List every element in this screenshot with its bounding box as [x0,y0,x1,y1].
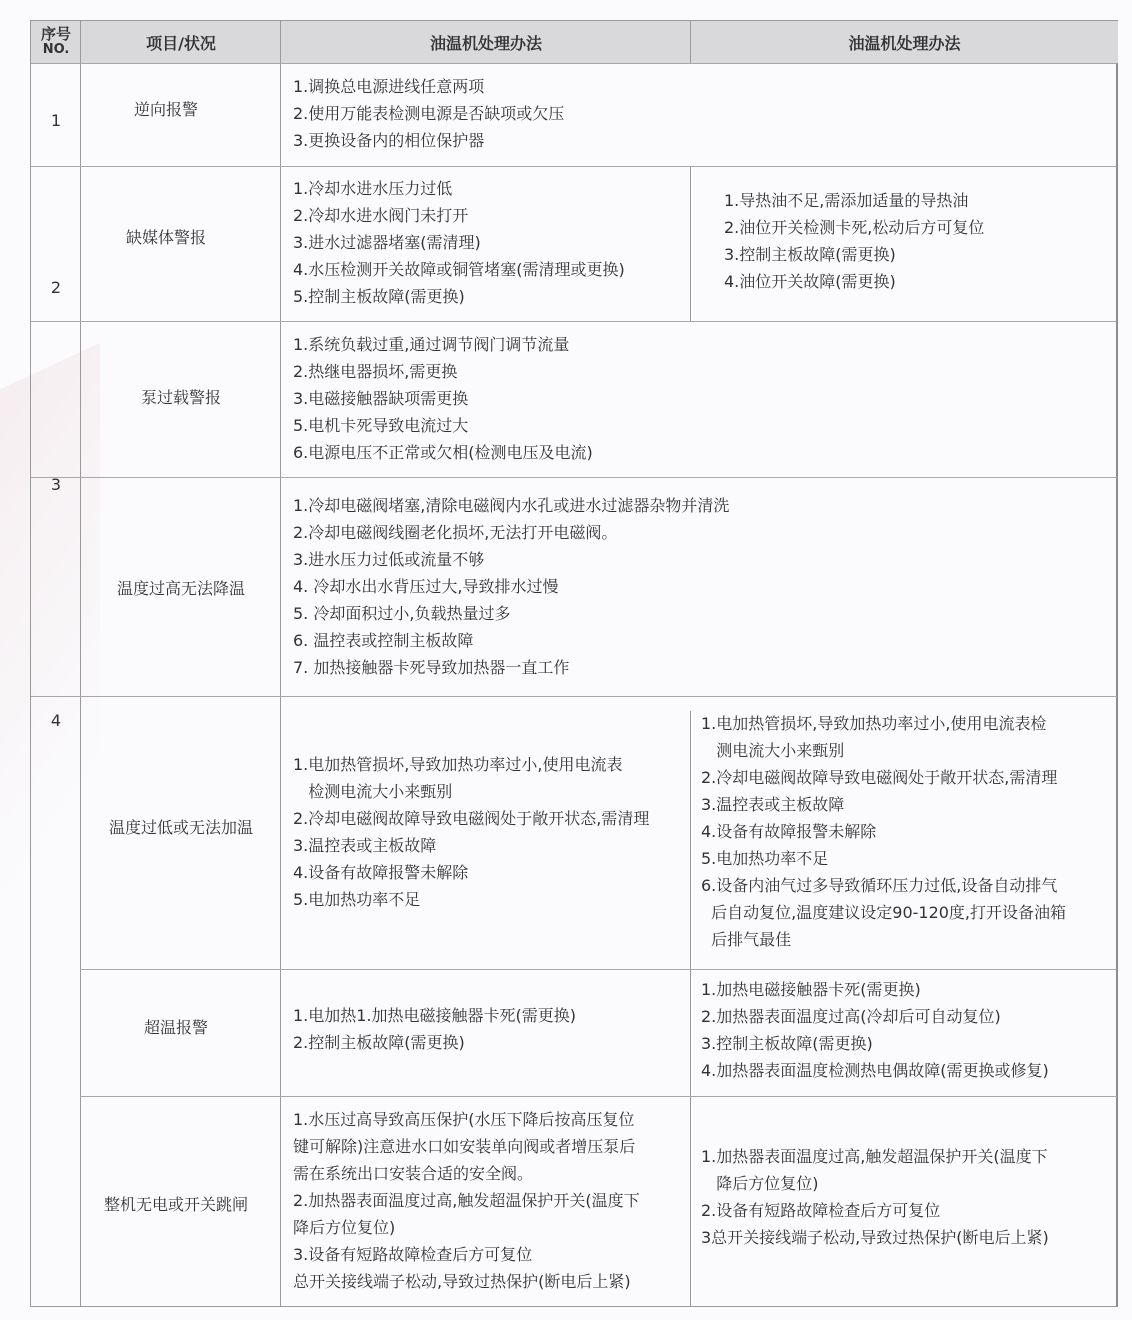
row-1-item: 逆向报警 [81,63,251,153]
method-line: 需在系统出口安装合适的安全阀。 [293,1160,640,1187]
header-no: 序号 NO. [31,21,81,63]
row-3-no: 3 [31,475,81,494]
method-line: 5.电加热功率不足 [701,845,1066,872]
method-line: 1.调换总电源进线任意两项 [293,73,564,100]
header-method-1: 油温机处理办法 [281,21,691,63]
method-line: 后自动复位,温度建议设定90-120度,打开设备油箱 [701,899,1066,926]
row-4b-item: 超温报警 [81,969,271,1084]
method-line: 检测电流大小来甄别 [293,778,649,805]
row-3b-methods: 1.冷却电磁阀堵塞,清除电磁阀内水孔或进水过滤器杂物并清洗 2.冷却电磁阀线圈老… [293,492,729,681]
method-line: 3.设备有短路故障检查后方可复位 [293,1241,640,1268]
method-line: 2.热继电器损坏,需更换 [293,358,593,385]
divider-method-row4 [690,711,691,1307]
method-line: 3.电磁接触器缺项需更换 [293,385,593,412]
method-line: 4.油位开关故障(需更换) [724,268,984,295]
method-line: 3.控制主板故障(需更换) [724,241,984,268]
method-line: 1.电加热1.加热电磁接触器卡死(需更换) [293,1002,576,1029]
method-line: 6.设备内油气过多导致循环压力过低,设备自动排气 [701,872,1066,899]
row-2-item: 缺媒体警报 [81,166,251,306]
method-line: 5.控制主板故障(需更换) [293,283,625,310]
header-no-label: 序号 [41,27,71,42]
method-line: 3.温控表或主板故障 [701,791,1066,818]
row-4b-methods-left: 1.电加热1.加热电磁接触器卡死(需更换) 2.控制主板故障(需更换) [293,1002,576,1056]
row-4c-item: 整机无电或开关跳闸 [81,1096,271,1311]
row-4a-methods-left: 1.电加热管损坏,导致加热功率过小,使用电流表 检测电流大小来甄别 2.冷却电磁… [293,751,649,913]
row-2-methods-left: 1.冷却水进水压力过低 2.冷却水进水阀门未打开 3.进水过滤器堵塞(需清理) … [293,175,625,310]
method-line: 6.电源电压不正常或欠相(检测电压及电流) [293,439,593,466]
row-1-methods: 1.调换总电源进线任意两项 2.使用万能表检测电源是否缺项或欠压 3.更换设备内… [293,73,564,154]
method-line: 3.控制主板故障(需更换) [701,1030,1049,1057]
method-line: 2.控制主板故障(需更换) [293,1029,576,1056]
method-line: 3.温控表或主板故障 [293,832,649,859]
method-line: 4.加热器表面温度检测热电偶故障(需更换或修复) [701,1057,1049,1084]
method-line: 1.冷却水进水压力过低 [293,175,625,202]
method-line: 2.冷却水进水阀门未打开 [293,202,625,229]
method-line: 1.冷却电磁阀堵塞,清除电磁阀内水孔或进水过滤器杂物并清洗 [293,492,729,519]
row-3a-methods: 1.系统负载过重,通过调节阀门调节流量 2.热继电器损坏,需更换 3.电磁接触器… [293,331,593,466]
method-line: 2.加热器表面温度过高(冷却后可自动复位) [701,1003,1049,1030]
method-line: 1.电加热管损坏,导致加热功率过小,使用电流表 [293,751,649,778]
method-line: 2.设备有短路故障检查后方可复位 [701,1197,1049,1224]
method-line: 降后方位复位) [293,1214,640,1241]
method-line: 2.加热器表面温度过高,触发超温保护开关(温度下 [293,1187,640,1214]
row-4c-methods-right: 1.加热器表面温度过高,触发超温保护开关(温度下 降后方位复位) 2.设备有短路… [701,1143,1049,1251]
method-line: 1.加热器表面温度过高,触发超温保护开关(温度下 [701,1143,1049,1170]
method-line: 测电流大小来甄别 [701,737,1066,764]
method-line: 2.油位开关检测卡死,松动后方可复位 [724,214,984,241]
method-line: 3总开关接线端子松动,导致过热保护(断电后上紧) [701,1224,1049,1251]
method-line: 2.冷却电磁阀线圈老化损坏,无法打开电磁阀。 [293,519,729,546]
method-line: 5. 冷却面积过小,负载热量过多 [293,600,729,627]
method-line: 2.冷却电磁阀故障导致电磁阀处于敞开状态,需清理 [701,764,1066,791]
row-1-no: 1 [31,111,81,130]
row-2-methods-right: 1.导热油不足,需添加适量的导热油 2.油位开关检测卡死,松动后方可复位 3.控… [724,187,984,295]
method-line: 降后方位复位) [701,1170,1049,1197]
header-no-label-en: NO. [41,42,71,57]
method-line: 3.进水过滤器堵塞(需清理) [293,229,625,256]
method-line: 2.冷却电磁阀故障导致电磁阀处于敞开状态,需清理 [293,805,649,832]
method-line: 6. 温控表或控制主板故障 [293,627,729,654]
divider-row3b-no [31,696,81,697]
row-3a-item: 泵过载警报 [81,321,281,471]
method-line: 总开关接线端子松动,导致过热保护(断电后上紧) [293,1268,640,1295]
method-line: 1.系统负载过重,通过调节阀门调节流量 [293,331,593,358]
method-line: 1.加热电磁接触器卡死(需更换) [701,976,1049,1003]
row-2-no: 2 [31,278,81,297]
method-line: 7. 加热接触器卡死导致加热器一直工作 [293,654,729,681]
method-line: 后排气最佳 [701,926,1066,953]
row-4a-item: 温度过低或无法加温 [81,696,281,956]
row-4-no: 4 [31,711,81,730]
header-item: 项目/状况 [81,21,281,63]
row-4a-methods-right: 1.电加热管损坏,导致加热功率过小,使用电流表检 测电流大小来甄别 2.冷却电磁… [701,710,1066,953]
divider-method-row2 [690,166,691,321]
method-line: 4.设备有故障报警未解除 [293,859,649,886]
row-3b-item: 温度过高无法降温 [81,477,281,697]
method-line: 4.设备有故障报警未解除 [701,818,1066,845]
method-line: 2.使用万能表检测电源是否缺项或欠压 [293,100,564,127]
method-line: 4.水压检测开关故障或铜管堵塞(需清理或更换) [293,256,625,283]
method-line: 键可解除)注意进水口如安装单向阀或者增压泵后 [293,1133,640,1160]
method-line: 1.导热油不足,需添加适量的导热油 [724,187,984,214]
troubleshooting-table: 序号 NO. 项目/状况 油温机处理办法 油温机处理办法 1 逆向报警 1.调换… [30,20,1118,1307]
method-line: 1.水压过高导致高压保护(水压下降后按高压复位 [293,1106,640,1133]
method-line: 1.电加热管损坏,导致加热功率过小,使用电流表检 [701,710,1066,737]
method-line: 4. 冷却水出水背压过大,导致排水过慢 [293,573,729,600]
method-line: 5.电机卡死导致电流过大 [293,412,593,439]
row-4b-methods-right: 1.加热电磁接触器卡死(需更换) 2.加热器表面温度过高(冷却后可自动复位) 3… [701,976,1049,1084]
divider-method-header [690,21,691,63]
header-method-2: 油温机处理办法 [691,21,1118,63]
method-line: 5.电加热功率不足 [293,886,649,913]
method-line: 3.更换设备内的相位保护器 [293,127,564,154]
method-line: 3.进水压力过低或流量不够 [293,546,729,573]
row-4c-methods-left: 1.水压过高导致高压保护(水压下降后按高压复位 键可解除)注意进水口如安装单向阀… [293,1106,640,1295]
